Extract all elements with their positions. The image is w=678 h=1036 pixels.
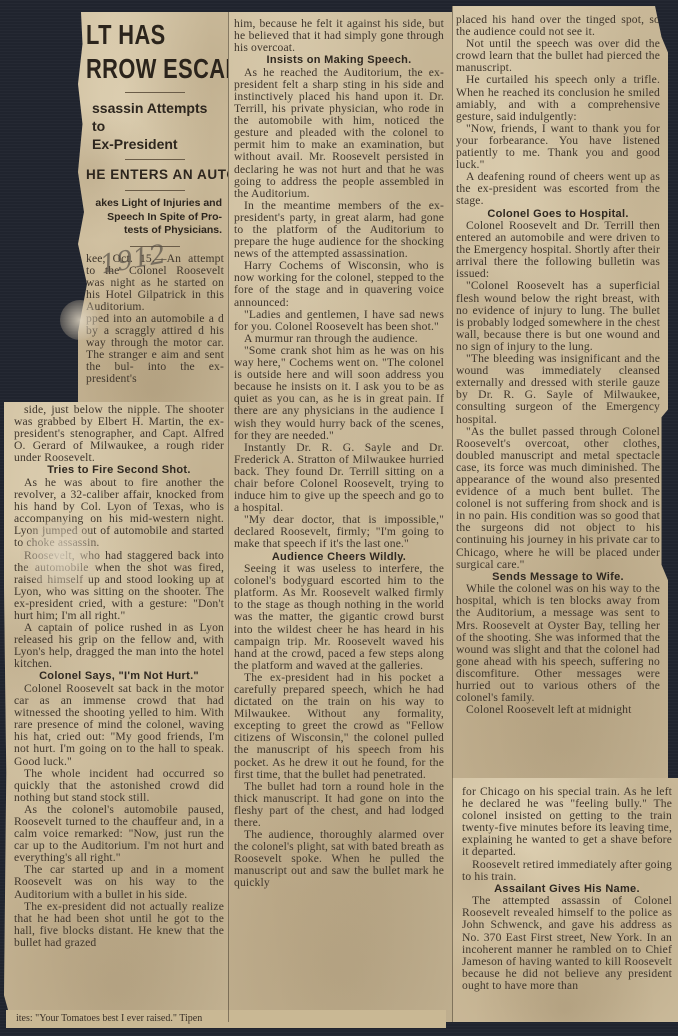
paragraph: Seeing it was useless to interfere, the … <box>234 563 444 672</box>
paper-damage <box>60 300 100 340</box>
paragraph: Colonel Roosevelt and Dr. Terrill then e… <box>456 220 660 280</box>
column-3-text: placed his hand over the tinged spot, so… <box>452 6 668 716</box>
paragraph: Not until the speech was over did the cr… <box>456 38 660 74</box>
paragraph: He curtailed his speech only a trifle. W… <box>456 74 660 122</box>
column-rule <box>452 6 453 1022</box>
subheading: Insists on Making Speech. <box>234 54 444 67</box>
paragraph: Roosevelt retired immediately after goin… <box>462 859 672 883</box>
column-1: side, just below the nipple. The shooter… <box>4 402 230 1020</box>
paragraph: "The bleeding was insignificant and the … <box>456 353 660 426</box>
divider <box>125 159 185 160</box>
paragraph: The bullet had torn a round hole in the … <box>234 781 444 829</box>
column-rule <box>228 12 229 1022</box>
paragraph: "Ladies and gentlemen, I have sad news f… <box>234 309 444 333</box>
column-3-continued: for Chicago on his special train. As he … <box>452 778 678 1022</box>
column-3: placed his hand over the tinged spot, so… <box>452 6 668 782</box>
headline-clipping: LT HAS RROW ESCAPE ssassin Attempts to E… <box>78 12 228 412</box>
paragraph: "My dear doctor, that is impossible," de… <box>234 514 444 550</box>
divider <box>125 190 185 191</box>
paper-damage <box>20 520 100 590</box>
paragraph: him, because he felt it against his side… <box>234 18 444 54</box>
paragraph: As he reached the Auditorium, the ex-pre… <box>234 67 444 200</box>
lead-text-2: pped into an automobile a d by a scraggl… <box>86 313 224 386</box>
paragraph: The ex-president had in his pocket a car… <box>234 672 444 781</box>
paragraph: As the colonel's automobile paused, Roos… <box>14 804 224 864</box>
deck-auto: HE ENTERS AN AUTO <box>86 166 224 184</box>
headline-line-1: LT HAS <box>86 18 194 52</box>
paragraph: The whole incident had occurred so quick… <box>14 768 224 804</box>
paragraph: placed his hand over the tinged spot, so… <box>456 14 660 38</box>
paragraph: While the colonel was on his way to the … <box>456 583 660 704</box>
paragraph: "Some crank shot him as he was on his wa… <box>234 345 444 442</box>
paragraph: The attempted assassin of Colonel Roosev… <box>462 895 672 992</box>
footer-ad-strip: ites: "Your Tomatoes best I ever raised.… <box>6 1010 446 1028</box>
paragraph: A deafening round of cheers went up as t… <box>456 171 660 207</box>
headline-line-2: RROW ESCAPE <box>86 52 194 86</box>
column-2-text: him, because he felt it against his side… <box>228 12 452 890</box>
column-3-continued-text: for Chicago on his special train. As he … <box>452 778 678 992</box>
paragraph: The car started up and in a moment Roose… <box>14 864 224 900</box>
paragraph: side, just below the nipple. The shooter… <box>14 404 224 464</box>
paragraph: Instantly Dr. R. G. Sayle and Dr. Freder… <box>234 442 444 515</box>
paragraph: "As the bullet passed through Colonel Ro… <box>456 426 660 571</box>
paragraph: for Chicago on his special train. As he … <box>462 786 672 859</box>
paragraph: A captain of police rushed in as Lyon re… <box>14 622 224 670</box>
paragraph: In the meantime members of the ex-presid… <box>234 200 444 260</box>
paragraph: "Colonel Roosevelt has a superficial fle… <box>456 280 660 353</box>
paragraph: The ex-president did not actually realiz… <box>14 901 224 949</box>
column-1-text: side, just below the nipple. The shooter… <box>4 402 230 949</box>
paragraph: The audience, thoroughly alarmed over th… <box>234 829 444 889</box>
paragraph: Colonel Roosevelt sat back in the motor … <box>14 683 224 768</box>
paragraph: "Now, friends, I want to thank you for y… <box>456 123 660 171</box>
paragraph: Colonel Roosevelt left at midnight <box>456 704 660 716</box>
deck-assassin: ssassin Attempts to Ex-President <box>86 99 224 153</box>
column-2: him, because he felt it against his side… <box>228 12 452 1022</box>
deck-injuries: akes Light of Injuries and Speech In Spi… <box>86 197 224 238</box>
paragraph: Harry Cochems of Wisconsin, who is now w… <box>234 260 444 308</box>
divider <box>125 92 185 93</box>
